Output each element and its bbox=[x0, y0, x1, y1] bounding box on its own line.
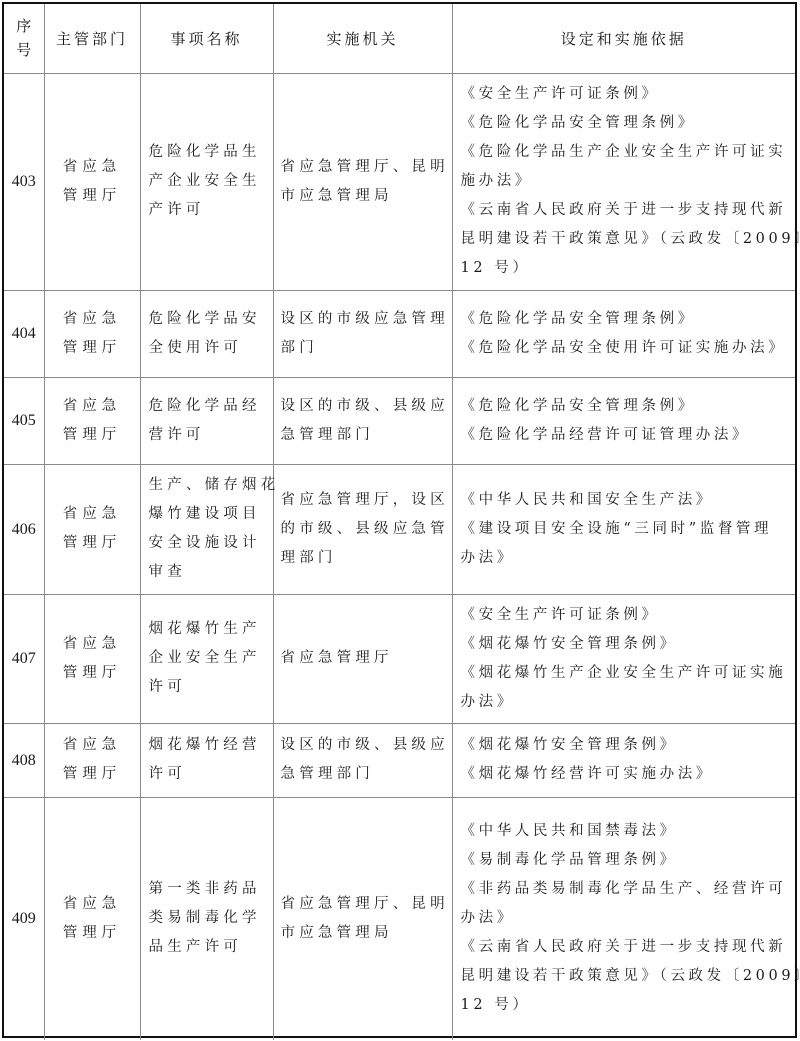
cell-basis-line: 《危险化学品经营许可证管理办法》 bbox=[461, 421, 792, 450]
cell-basis-line: 施办法》 bbox=[461, 167, 792, 196]
cell-item-line: 烟花爆竹生产 bbox=[149, 615, 269, 644]
cell-seq: 408 bbox=[4, 723, 44, 797]
table-row: 407省应急管理厅烟花爆竹生产企业安全生产许可省应急管理厅《安全生产许可证条例》… bbox=[4, 594, 795, 723]
cell-basis-line: 《烟花爆竹安全管理条例》 bbox=[461, 731, 792, 760]
cell-agency-line: 省应急管理厅、昆明 bbox=[281, 890, 448, 919]
cell-agency-line: 省应急管理厅，设区 bbox=[281, 486, 448, 515]
cell-item-line: 危险化学品生 bbox=[149, 138, 269, 167]
cell-seq: 404 bbox=[4, 290, 44, 377]
cell-dept-line: 管理厅 bbox=[45, 760, 140, 789]
cell-item-line: 烟花爆竹经营 bbox=[149, 731, 269, 760]
table-row: 405省应急管理厅危险化学品经营许可设区的市级、县级应急管理部门《危险化学品安全… bbox=[4, 377, 795, 464]
cell-basis-line: 12 号） bbox=[461, 254, 792, 283]
cell-agency: 省应急管理厅、昆明市应急管理局 bbox=[273, 73, 452, 290]
cell-agency: 设区的市级、县级应急管理部门 bbox=[273, 377, 452, 464]
cell-item-line: 营许可 bbox=[149, 421, 269, 450]
cell-agency-line: 省应急管理厅 bbox=[281, 644, 448, 673]
cell-item-line: 品生产许可 bbox=[149, 933, 269, 962]
cell-seq: 403 bbox=[4, 73, 44, 290]
cell-dept-line: 管理厅 bbox=[45, 421, 140, 450]
cell-dept-line: 管理厅 bbox=[45, 334, 140, 363]
cell-agency-line: 设区的市级、县级应 bbox=[281, 731, 448, 760]
cell-basis-line: 《非药品类易制毒化学品生产、经营许可 bbox=[461, 875, 792, 904]
cell-agency-line: 省应急管理厅、昆明 bbox=[281, 153, 448, 182]
cell-basis: 《安全生产许可证条例》《烟花爆竹安全管理条例》《烟花爆竹生产企业安全生产许可证实… bbox=[452, 594, 795, 723]
cell-dept-line: 管理厅 bbox=[45, 919, 140, 948]
cell-basis-line: 办法》 bbox=[461, 544, 792, 573]
cell-basis-line: 《安全生产许可证条例》 bbox=[461, 80, 792, 109]
cell-dept: 省应急管理厅 bbox=[44, 73, 140, 290]
cell-agency: 设区的市级、县级应急管理部门 bbox=[273, 723, 452, 797]
cell-basis-line: 《安全生产许可证条例》 bbox=[461, 601, 792, 630]
cell-item: 生产、储存烟花爆竹建设项目安全设施设计审查 bbox=[140, 464, 273, 594]
cell-item: 危险化学品经营许可 bbox=[140, 377, 273, 464]
cell-basis-line: 办法》 bbox=[461, 688, 792, 717]
cell-dept-line: 省应急 bbox=[45, 500, 140, 529]
cell-agency-line: 急管理部门 bbox=[281, 760, 448, 789]
cell-basis-line: 《中华人民共和国禁毒法》 bbox=[461, 817, 792, 846]
table-row: 404省应急管理厅危险化学品安全使用许可设区的市级应急管理部门《危险化学品安全管… bbox=[4, 290, 795, 377]
cell-dept: 省应急管理厅 bbox=[44, 464, 140, 594]
cell-item-line: 类易制毒化学 bbox=[149, 904, 269, 933]
cell-basis: 《烟花爆竹安全管理条例》《烟花爆竹经营许可实施办法》 bbox=[452, 723, 795, 797]
header-row: 序 号 主管部门 事项名称 实施机关 设定和实施依据 bbox=[4, 4, 795, 73]
cell-basis-line: 《危险化学品生产企业安全生产许可证实 bbox=[461, 138, 792, 167]
cell-item-line: 危险化学品安 bbox=[149, 305, 269, 334]
cell-item: 危险化学品安全使用许可 bbox=[140, 290, 273, 377]
cell-seq: 409 bbox=[4, 797, 44, 1040]
cell-agency-line: 急管理部门 bbox=[281, 421, 448, 450]
cell-item-line: 企业安全生产 bbox=[149, 644, 269, 673]
cell-agency-line: 理部门 bbox=[281, 544, 448, 573]
cell-dept-line: 省应急 bbox=[45, 153, 140, 182]
cell-basis-line: 《云南省人民政府关于进一步支持现代新 bbox=[461, 933, 792, 962]
header-seq: 序 号 bbox=[4, 4, 44, 73]
cell-agency-line: 部门 bbox=[281, 334, 448, 363]
administrative-permits-table: 序 号 主管部门 事项名称 实施机关 设定和实施依据 403省应急管理厅危险化学… bbox=[4, 4, 795, 1040]
cell-agency-line: 设区的市级、县级应 bbox=[281, 392, 448, 421]
cell-dept-line: 省应急 bbox=[45, 305, 140, 334]
cell-dept: 省应急管理厅 bbox=[44, 377, 140, 464]
cell-basis-line: 《烟花爆竹经营许可实施办法》 bbox=[461, 760, 792, 789]
cell-seq: 407 bbox=[4, 594, 44, 723]
cell-agency: 省应急管理厅 bbox=[273, 594, 452, 723]
cell-item-line: 全使用许可 bbox=[149, 334, 269, 363]
cell-basis-line: 《危险化学品安全管理条例》 bbox=[461, 109, 792, 138]
cell-dept: 省应急管理厅 bbox=[44, 723, 140, 797]
cell-agency-line: 市应急管理局 bbox=[281, 182, 448, 211]
header-item: 事项名称 bbox=[140, 4, 273, 73]
header-dept: 主管部门 bbox=[44, 4, 140, 73]
header-seq-line: 序 bbox=[4, 14, 44, 38]
cell-basis-line: 《烟花爆竹安全管理条例》 bbox=[461, 630, 792, 659]
cell-basis-line: 《中华人民共和国安全生产法》 bbox=[461, 486, 792, 515]
header-seq-line: 号 bbox=[4, 38, 44, 62]
cell-item-line: 产企业安全生 bbox=[149, 167, 269, 196]
cell-item-line: 产许可 bbox=[149, 196, 269, 225]
cell-item-line: 第一类非药品 bbox=[149, 875, 269, 904]
cell-item-line: 生产、储存烟花 bbox=[149, 471, 269, 500]
cell-basis: 《危险化学品安全管理条例》《危险化学品经营许可证管理办法》 bbox=[452, 377, 795, 464]
cell-dept-line: 管理厅 bbox=[45, 182, 140, 211]
cell-basis-line: 昆明建设若干政策意见》（云政发〔2009〕 bbox=[461, 225, 792, 254]
cell-basis-line: 《危险化学品安全管理条例》 bbox=[461, 392, 792, 421]
cell-item-line: 许可 bbox=[149, 673, 269, 702]
cell-agency-line: 设区的市级应急管理 bbox=[281, 305, 448, 334]
cell-basis-line: 《建设项目安全设施“三同时”监督管理 bbox=[461, 515, 792, 544]
cell-item: 危险化学品生产企业安全生产许可 bbox=[140, 73, 273, 290]
cell-dept: 省应急管理厅 bbox=[44, 797, 140, 1040]
cell-dept-line: 管理厅 bbox=[45, 529, 140, 558]
cell-basis-line: 《云南省人民政府关于进一步支持现代新 bbox=[461, 196, 792, 225]
cell-basis-line: 《危险化学品安全管理条例》 bbox=[461, 305, 792, 334]
cell-agency: 设区的市级应急管理部门 bbox=[273, 290, 452, 377]
cell-item: 第一类非药品类易制毒化学品生产许可 bbox=[140, 797, 273, 1040]
cell-dept-line: 省应急 bbox=[45, 392, 140, 421]
cell-dept-line: 管理厅 bbox=[45, 659, 140, 688]
cell-basis-line: 《危险化学品安全使用许可证实施办法》 bbox=[461, 334, 792, 363]
permit-table: 序 号 主管部门 事项名称 实施机关 设定和实施依据 403省应急管理厅危险化学… bbox=[2, 2, 797, 1038]
cell-dept-line: 省应急 bbox=[45, 630, 140, 659]
cell-basis-line: 《烟花爆竹生产企业安全生产许可证实施 bbox=[461, 659, 792, 688]
cell-basis-line: 昆明建设若干政策意见》（云政发〔2009〕 bbox=[461, 962, 792, 991]
cell-dept: 省应急管理厅 bbox=[44, 594, 140, 723]
cell-agency-line: 市应急管理局 bbox=[281, 919, 448, 948]
cell-item: 烟花爆竹生产企业安全生产许可 bbox=[140, 594, 273, 723]
cell-item: 烟花爆竹经营许可 bbox=[140, 723, 273, 797]
cell-item-line: 许可 bbox=[149, 760, 269, 789]
cell-seq: 405 bbox=[4, 377, 44, 464]
header-agency: 实施机关 bbox=[273, 4, 452, 73]
cell-basis: 《危险化学品安全管理条例》《危险化学品安全使用许可证实施办法》 bbox=[452, 290, 795, 377]
cell-item-line: 爆竹建设项目 bbox=[149, 500, 269, 529]
cell-dept-line: 省应急 bbox=[45, 890, 140, 919]
cell-basis-line: 《易制毒化学品管理条例》 bbox=[461, 846, 792, 875]
header-basis: 设定和实施依据 bbox=[452, 4, 795, 73]
cell-basis: 《中华人民共和国禁毒法》《易制毒化学品管理条例》《非药品类易制毒化学品生产、经营… bbox=[452, 797, 795, 1040]
cell-item-line: 安全设施设计 bbox=[149, 529, 269, 558]
cell-dept-line: 省应急 bbox=[45, 731, 140, 760]
cell-dept: 省应急管理厅 bbox=[44, 290, 140, 377]
cell-basis-line: 12 号） bbox=[461, 991, 792, 1020]
cell-agency-line: 的市级、县级应急管 bbox=[281, 515, 448, 544]
cell-agency: 省应急管理厅，设区的市级、县级应急管理部门 bbox=[273, 464, 452, 594]
cell-basis: 《中华人民共和国安全生产法》《建设项目安全设施“三同时”监督管理办法》 bbox=[452, 464, 795, 594]
table-row: 409省应急管理厅第一类非药品类易制毒化学品生产许可省应急管理厅、昆明市应急管理… bbox=[4, 797, 795, 1040]
table-row: 406省应急管理厅生产、储存烟花爆竹建设项目安全设施设计审查省应急管理厅，设区的… bbox=[4, 464, 795, 594]
cell-item-line: 审查 bbox=[149, 558, 269, 587]
cell-basis-line: 办法》 bbox=[461, 904, 792, 933]
cell-agency: 省应急管理厅、昆明市应急管理局 bbox=[273, 797, 452, 1040]
cell-item-line: 危险化学品经 bbox=[149, 392, 269, 421]
cell-basis: 《安全生产许可证条例》《危险化学品安全管理条例》《危险化学品生产企业安全生产许可… bbox=[452, 73, 795, 290]
table-row: 408省应急管理厅烟花爆竹经营许可设区的市级、县级应急管理部门《烟花爆竹安全管理… bbox=[4, 723, 795, 797]
table-row: 403省应急管理厅危险化学品生产企业安全生产许可省应急管理厅、昆明市应急管理局《… bbox=[4, 73, 795, 290]
cell-seq: 406 bbox=[4, 464, 44, 594]
